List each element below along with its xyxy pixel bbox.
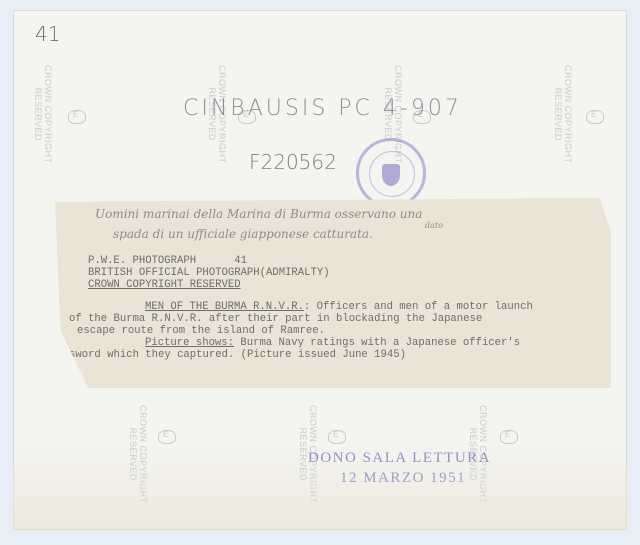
shield-icon [382, 164, 400, 186]
caption-line4: Picture shows: Burma Navy ratings with a… [145, 338, 520, 350]
label-header-line1: P.W.E. PHOTOGRAPH 41 [88, 256, 247, 268]
library-donation-stamp-date: 12 MARZO 1951 [340, 470, 466, 487]
label-header-line3: CROWN COPYRIGHT RESERVED [88, 280, 241, 292]
library-donation-stamp-line1: DONO SALA LETTURA [308, 450, 491, 467]
handwritten-corner-number: 41 [35, 22, 60, 46]
label-header-line2: BRITISH OFFICIAL PHOTOGRAPH(ADMIRALTY) [88, 268, 330, 280]
handwritten-italian-caption-line2: spada di un ufficiale giapponese cattura… [113, 227, 373, 241]
handwritten-catalog-line: CINBAUSIS PC 4-907 [183, 96, 462, 121]
crown-emblem-icon [68, 110, 86, 124]
watermark-crown-copyright: CROWN COPYRIGHTRESERVED [553, 65, 573, 164]
handwritten-italian-insert: dato [425, 221, 443, 230]
crown-emblem-icon [158, 430, 176, 444]
watermark-crown-copyright: CROWN COPYRIGHTRESERVED [128, 405, 148, 504]
caption-line2: of the Burma R.N.V.R. after their part i… [69, 314, 482, 326]
library-circular-stamp [356, 138, 426, 208]
caption-line3: escape route from the island of Ramree. [77, 326, 325, 338]
handwritten-reference-number: F220562 [249, 150, 337, 174]
crown-emblem-icon [586, 110, 604, 124]
caption-line1: MEN OF THE BURMA R.N.V.R.: Officers and … [145, 302, 533, 314]
caption-line5: sword which they captured. (Picture issu… [69, 350, 406, 362]
watermark-crown-copyright: CROWN COPYRIGHTRESERVED [33, 65, 53, 164]
handwritten-italian-caption-line1: Uomini marinai della Marina di Burma oss… [95, 207, 422, 221]
crown-emblem-icon [328, 430, 346, 444]
crown-emblem-icon [500, 430, 518, 444]
pasted-caption-label: Uomini marinai della Marina di Burma oss… [55, 198, 611, 388]
